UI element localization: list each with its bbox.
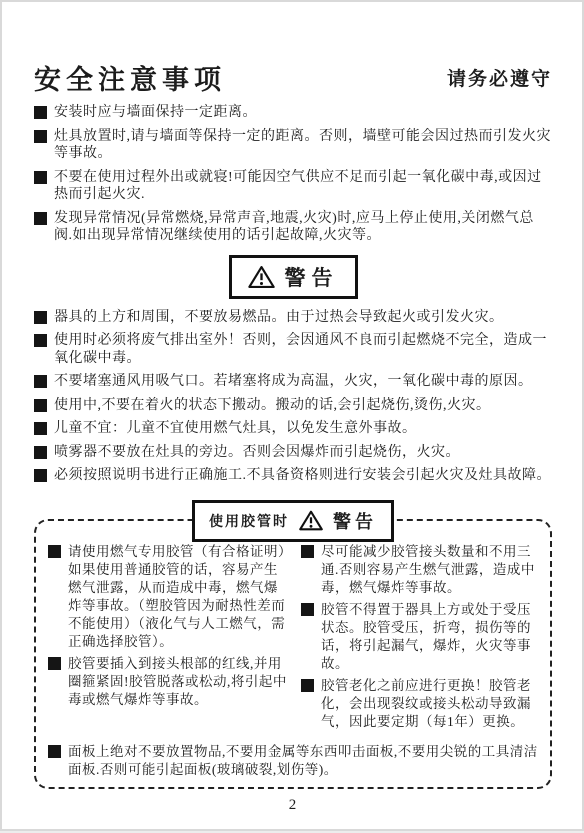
list-item: 不要在使用过程外出或就寝!可能因空气供应不足而引起一氧化碳中毒,或因过热而引起火… bbox=[34, 169, 552, 204]
list-item: 安装时应与墙面保持一定距离。 bbox=[34, 104, 552, 122]
list-item: 发现异常情况(异常燃烧,异常声音,地震,火灾)时,应马上停止使用,关闭燃气总阀.… bbox=[34, 210, 552, 245]
hose-left-column: 请使用燃气专用胶管（有合格证明）如果使用普通胶管的话，容易产生燃气泄露，从而造成… bbox=[48, 543, 287, 735]
bullet-square-icon bbox=[34, 311, 47, 324]
manual-page: 安全注意事项 请务必遵守 安装时应与墙面保持一定距离。 灶具放置时,请与墙面等保… bbox=[0, 0, 584, 831]
hose-warning-header: 使用胶管时 警告 bbox=[192, 500, 394, 542]
bullet-text: 胶管要插入到接头根部的红线,并用圈箍紧固!胶管脱落或松动,将引起中毒或燃气爆炸等… bbox=[68, 655, 287, 709]
list-item: 胶管不得置于器具上方或处于受压状态。胶管受压，折弯，损伤等的话，将引起漏气，爆炸… bbox=[301, 601, 540, 673]
list-item: 胶管要插入到接头根部的红线,并用圈箍紧固!胶管脱落或松动,将引起中毒或燃气爆炸等… bbox=[48, 655, 287, 709]
bullet-text: 面板上绝对不要放置物品,不要用金属等东西叩击面板,不要用尖锐的工具清洁面板.否则… bbox=[68, 743, 540, 779]
list-item: 不要堵塞通风用吸气口。若堵塞将成为高温，火灾，一氧化碳中毒的原因。 bbox=[34, 373, 552, 391]
list-item: 灶具放置时,请与墙面等保持一定的距离。否则，墙壁可能会因过热而引发火灾等事故。 bbox=[34, 128, 552, 163]
warning-label: 警告 bbox=[285, 262, 339, 292]
bullet-text: 胶管不得置于器具上方或处于受压状态。胶管受压，折弯，损伤等的话，将引起漏气，爆炸… bbox=[321, 601, 540, 673]
warning-triangle-icon bbox=[248, 265, 275, 289]
intro-bullet-list: 安装时应与墙面保持一定距离。 灶具放置时,请与墙面等保持一定的距离。否则，墙壁可… bbox=[34, 104, 552, 245]
list-item: 喷雾器不要放在灶具的旁边。否则会因爆炸而引起烧伤，火灾。 bbox=[34, 444, 552, 462]
bullet-text: 安装时应与墙面保持一定距离。 bbox=[54, 104, 257, 122]
list-item: 必须按照说明书进行正确施工.不具备资格则进行安装会引起火灾及灶具故障。 bbox=[34, 467, 552, 485]
bullet-text: 请使用燃气专用胶管（有合格证明）如果使用普通胶管的话，容易产生燃气泄露，从而造成… bbox=[68, 543, 287, 651]
hose-warning-section: 使用胶管时 警告 请使用燃气专用胶管（有合格证明）如果使用普通胶管的话，容易产生… bbox=[34, 519, 552, 789]
bullet-square-icon bbox=[34, 375, 47, 388]
bullet-square-icon bbox=[48, 657, 61, 670]
hose-right-column: 尽可能减少胶管接头数量和不用三通.否则容易产生燃气泄露，造成中毒，燃气爆炸等事故… bbox=[301, 543, 540, 735]
bullet-square-icon bbox=[34, 399, 47, 412]
bullet-square-icon bbox=[301, 679, 314, 692]
bullet-square-icon bbox=[34, 422, 47, 435]
bullet-square-icon bbox=[301, 545, 314, 558]
warning-triangle-icon bbox=[299, 510, 323, 531]
list-item: 器具的上方和周围，不要放易燃品。由于过热会导致起火或引发火灾。 bbox=[34, 309, 552, 327]
hose-header-prefix: 使用胶管时 bbox=[209, 511, 289, 531]
page-title: 安全注意事项 bbox=[34, 66, 226, 94]
bullet-text: 使用中,不要在着火的状态下搬动。搬动的话,会引起烧伤,烫伤,火灾。 bbox=[54, 397, 491, 415]
hose-columns: 请使用燃气专用胶管（有合格证明）如果使用普通胶管的话，容易产生燃气泄露，从而造成… bbox=[48, 543, 540, 735]
bullet-square-icon bbox=[34, 334, 47, 347]
bullet-text: 器具的上方和周围，不要放易燃品。由于过热会导致起火或引发火灾。 bbox=[54, 309, 504, 327]
page-subtitle: 请务必遵守 bbox=[447, 64, 552, 94]
list-item: 使用时必须将废气排出室外！否则，会因通风不良而引起燃烧不完全，造成一氧化碳中毒。 bbox=[34, 332, 552, 367]
bullet-text: 儿童不宜：儿童不宜使用燃气灶具，以免发生意外事故。 bbox=[54, 420, 417, 438]
bullet-square-icon bbox=[301, 603, 314, 616]
bullet-text: 胶管老化之前应进行更换！胶管老化，会出现裂纹或接头松动导致漏气，因此要定期（每1… bbox=[321, 677, 540, 731]
page-content: 安全注意事项 请务必遵守 安装时应与墙面保持一定距离。 灶具放置时,请与墙面等保… bbox=[2, 2, 582, 814]
warning-box: 警告 bbox=[229, 255, 358, 299]
bullet-square-icon bbox=[34, 446, 47, 459]
bullet-square-icon bbox=[48, 745, 61, 758]
bullet-text: 不要在使用过程外出或就寝!可能因空气供应不足而引起一氧化碳中毒,或因过热而引起火… bbox=[54, 169, 552, 204]
bullet-square-icon bbox=[34, 212, 47, 225]
list-item: 使用中,不要在着火的状态下搬动。搬动的话,会引起烧伤,烫伤,火灾。 bbox=[34, 397, 552, 415]
bullet-square-icon bbox=[48, 545, 61, 558]
page-header: 安全注意事项 请务必遵守 bbox=[34, 64, 552, 94]
bullet-text: 尽可能减少胶管接头数量和不用三通.否则容易产生燃气泄露，造成中毒，燃气爆炸等事故… bbox=[321, 543, 540, 597]
hose-bottom-note: 面板上绝对不要放置物品,不要用金属等东西叩击面板,不要用尖锐的工具清洁面板.否则… bbox=[48, 743, 540, 779]
list-item: 请使用燃气专用胶管（有合格证明）如果使用普通胶管的话，容易产生燃气泄露，从而造成… bbox=[48, 543, 287, 651]
bullet-text: 使用时必须将废气排出室外！否则，会因通风不良而引起燃烧不完全，造成一氧化碳中毒。 bbox=[54, 332, 552, 367]
page-number: 2 bbox=[34, 797, 552, 814]
bullet-text: 喷雾器不要放在灶具的旁边。否则会因爆炸而引起烧伤，火灾。 bbox=[54, 444, 460, 462]
bullet-text: 不要堵塞通风用吸气口。若堵塞将成为高温，火灾，一氧化碳中毒的原因。 bbox=[54, 373, 533, 391]
list-item: 面板上绝对不要放置物品,不要用金属等东西叩击面板,不要用尖锐的工具清洁面板.否则… bbox=[48, 743, 540, 779]
bullet-square-icon bbox=[34, 469, 47, 482]
bullet-text: 必须按照说明书进行正确施工.不具备资格则进行安装会引起火灾及灶具故障。 bbox=[54, 467, 551, 485]
warning-label: 警告 bbox=[333, 508, 377, 534]
bullet-square-icon bbox=[34, 130, 47, 143]
list-item: 胶管老化之前应进行更换！胶管老化，会出现裂纹或接头松动导致漏气，因此要定期（每1… bbox=[301, 677, 540, 731]
bullet-text: 发现异常情况(异常燃烧,异常声音,地震,火灾)时,应马上停止使用,关闭燃气总阀.… bbox=[54, 210, 552, 245]
list-item: 儿童不宜：儿童不宜使用燃气灶具，以免发生意外事故。 bbox=[34, 420, 552, 438]
list-item: 尽可能减少胶管接头数量和不用三通.否则容易产生燃气泄露，造成中毒，燃气爆炸等事故… bbox=[301, 543, 540, 597]
warning-bullet-list: 器具的上方和周围，不要放易燃品。由于过热会导致起火或引发火灾。 使用时必须将废气… bbox=[34, 309, 552, 485]
bullet-text: 灶具放置时,请与墙面等保持一定的距离。否则，墙壁可能会因过热而引发火灾等事故。 bbox=[54, 128, 552, 163]
bullet-square-icon bbox=[34, 171, 47, 184]
bullet-square-icon bbox=[34, 106, 47, 119]
